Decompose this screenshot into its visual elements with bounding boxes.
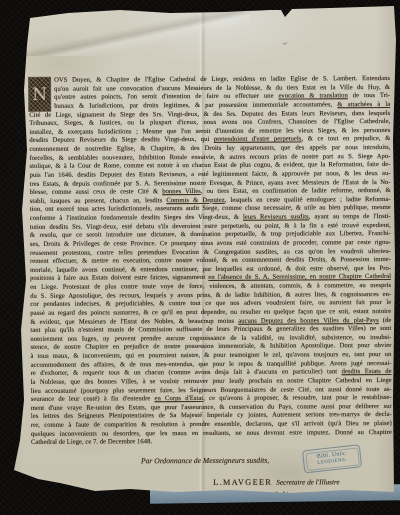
stamp-text-line2: LEODIENS. [317, 458, 348, 467]
library-stamp: Bibl. Univ. LEODIENS. [302, 444, 362, 473]
page-content: N OVS Doyen, & Chapitre de l'Eglise Cath… [0, 0, 400, 515]
document-body: N OVS Doyen, & Chapitre de l'Eglise Cath… [29, 75, 392, 448]
signature-title: Secretaire de l'Illustre [276, 478, 339, 486]
woodcut-initial: N [29, 78, 50, 111]
drop-cap-letter: N [32, 84, 47, 104]
ink-mark [281, 37, 287, 45]
document-page: N OVS Doyen, & Chapitre de l'Eglise Cath… [0, 0, 400, 515]
stamp-text-line1: Bibl. Univ. [317, 451, 347, 461]
signature-name: L.MAVGEER [213, 478, 272, 487]
document-lines: OVS Doyen, & Chapitre de l'Eglise Cathed… [29, 75, 392, 448]
scanned-document-photo: N OVS Doyen, & Chapitre de l'Eglise Cath… [0, 0, 400, 515]
ordinance-line: Par Ordonnance de Messeigneurs susdits, [119, 456, 291, 466]
